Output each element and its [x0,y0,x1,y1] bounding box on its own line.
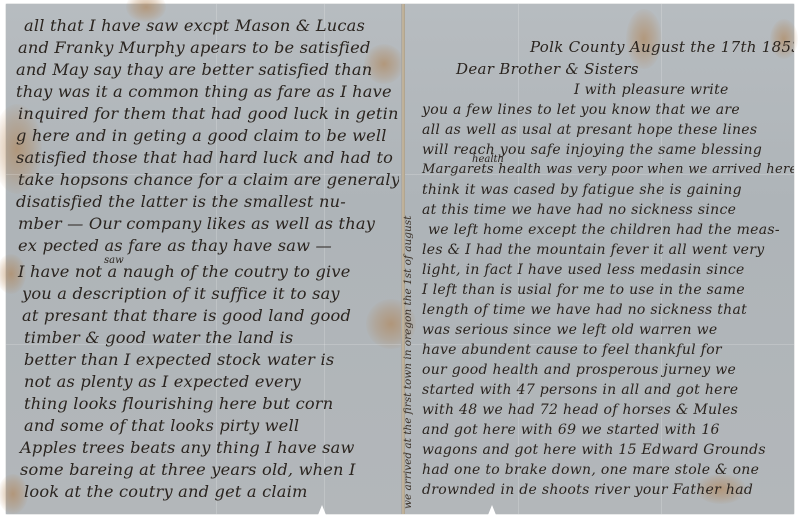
left-page: all that I have saw excpt Mason & Lucas … [6,4,399,514]
text-line: you a few lines to let you know that we … [422,102,740,118]
text-line: started with 47 persons in all and got h… [422,382,738,398]
text-line: not as plenty as I expected every [24,372,301,391]
text-line: have abundent cause to feel thankful for [422,342,722,358]
text-line: all that I have saw excpt Mason & Lucas [24,16,365,35]
text-line: at presant that thare is good land good [22,306,351,325]
text-line: light, in fact I have used less medasin … [422,262,745,278]
text-line: take hopsons chance for a claim are gene… [18,170,399,189]
text-line: Apples trees beats any thing I have saw [20,438,355,457]
text-line: satisfied those that had hard luck and h… [16,148,393,167]
text-line: thing looks flourishing here but corn [24,394,333,413]
text-line: thay was it a common thing as fare as I … [16,82,392,101]
letter-sheet: all that I have saw excpt Mason & Lucas … [6,4,794,514]
text-line: and got here with 69 we started with 16 [422,422,720,438]
text-line: better than I expected stock water is [24,350,334,369]
text-line: had one to brake down, one mare stole & … [422,462,759,478]
dateline: Polk County August the 17th 1853 [530,38,794,56]
text-line: I have not a naugh of the coutry to give [18,262,351,281]
text-line: inquired for them that had good luck in … [18,104,399,123]
text-line: was serious since we left old warren we [422,322,717,338]
text-line: ex pected as fare as thay have saw — [18,236,332,255]
text-line: and some of that looks pirty well [24,416,299,435]
text-line: g here and in geting a good claim to be … [16,126,387,145]
text-line: with 48 we had 72 head of horses & Mules [422,402,738,418]
text-line: we left home except the children had the… [428,222,780,238]
text-line: at this time we have had no sickness sin… [422,202,736,218]
text-line: length of time we have had no sickness t… [422,302,747,318]
text-line: timber & good water the land is [24,328,293,347]
text-line: our good health and prosperous jurney we [422,362,736,378]
salutation: Dear Brother & Sisters [456,60,639,78]
text-line: think it was cased by fatigue she is gai… [422,182,742,198]
text-line: you a description of it suffice it to sa… [22,284,340,303]
text-line: Margarets health was very poor when we a… [422,162,794,177]
text-line: look at the coutry and get a claim [24,482,308,501]
right-page: Polk County August the 17th 1853 Dear Br… [408,4,794,514]
text-line: all as well as usal at presant hope thes… [422,122,757,138]
text-line: drownded in de shoots river your Father … [422,482,753,498]
text-line: I with pleasure write [574,82,729,98]
text-line: I left than is usial for me to use in th… [422,282,745,298]
text-line: and Franky Murphy apears to be satisfied [18,38,371,57]
text-line: mber — Our company likes as well as thay [18,214,375,233]
text-line: and May say thay are better satisfied th… [16,60,372,79]
margin-note: we arrived at the first town in oregon t… [402,216,414,509]
text-line: some bareing at three years old, when I [20,460,356,479]
text-line: les & I had the mountain fever it all we… [422,242,764,258]
text-line: wagons and got here with 15 Edward Groun… [422,442,766,458]
text-line: disatisfied the latter is the smallest n… [16,192,346,211]
